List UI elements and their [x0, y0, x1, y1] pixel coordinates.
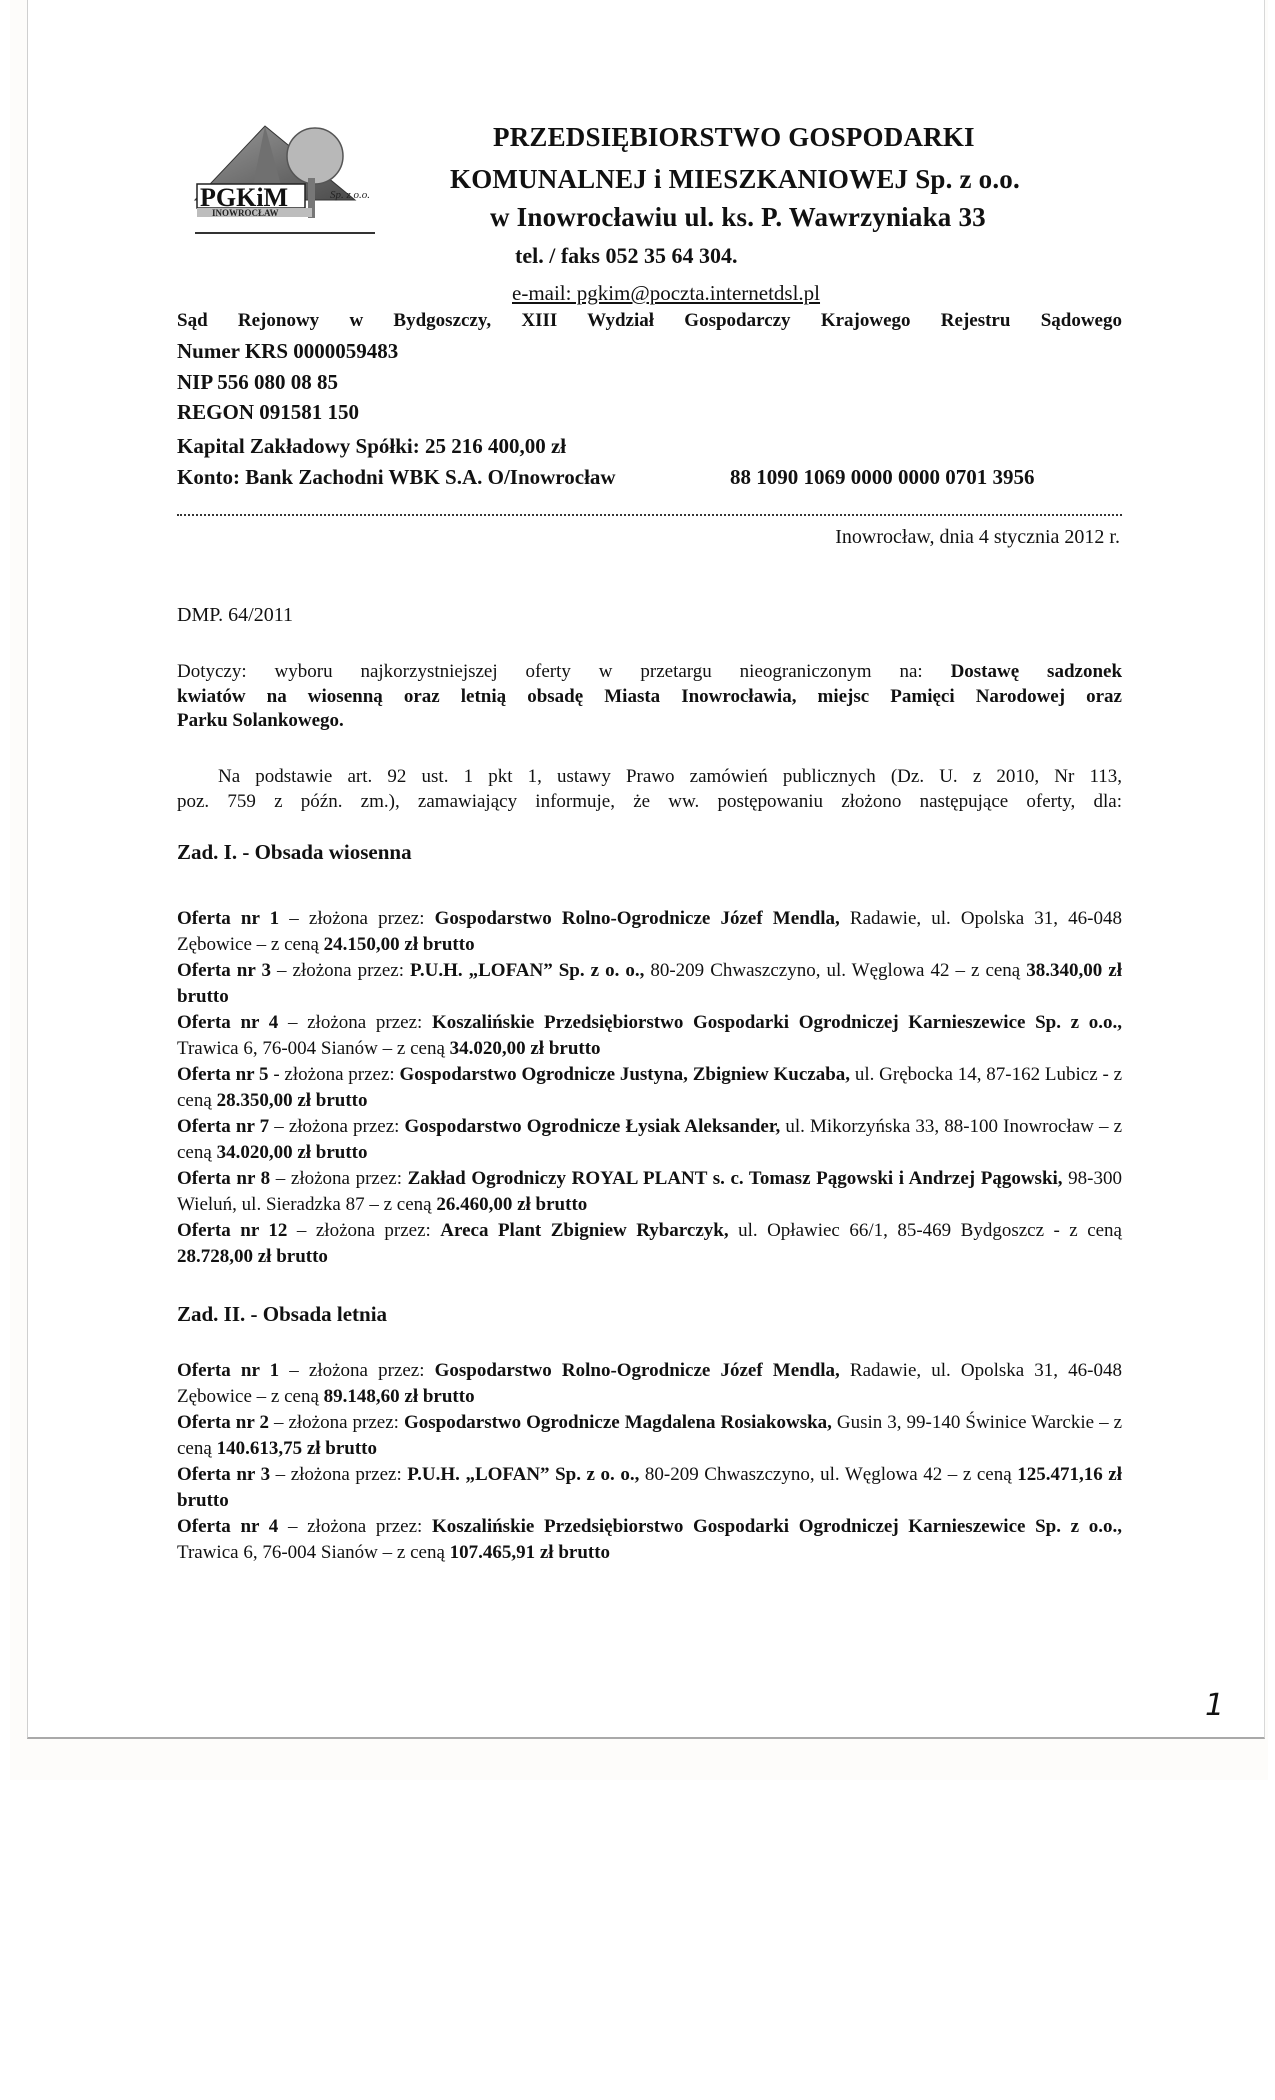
offer-entry: Oferta nr 4 – złożona przez: Koszaliński… [177, 1010, 1122, 1062]
subject-title-part2: kwiatów na wiosenną oraz letnią obsadę M… [177, 686, 1122, 707]
offer-price: 24.150,00 zł brutto [324, 934, 475, 955]
offer-label: Oferta nr 12 [177, 1220, 287, 1241]
offer-bidder: Areca Plant Zbigniew Rybarczyk, [440, 1220, 728, 1241]
intro-text-2: poz. 759 z późn. zm.), zamawiający infor… [177, 791, 1122, 812]
offer-price: 107.465,91 zł brutto [450, 1542, 610, 1563]
offer-bidder: Koszalińskie Przedsiębiorstwo Gospodarki… [432, 1012, 1122, 1033]
offer-bidder: Zakład Ogrodniczy ROYAL PLANT s. c. Toma… [408, 1168, 1063, 1189]
company-name-line1: PRZEDSIĘBIORSTWO GOSPODARKI [493, 122, 975, 153]
dotted-separator [177, 506, 1122, 516]
nip-number: NIP 556 080 08 85 [177, 370, 338, 395]
subject-title-part3: Parku Solankowego. [177, 710, 344, 731]
offer-separator: – złożona przez: [270, 1464, 407, 1485]
offer-entry: Oferta nr 3 – złożona przez: P.U.H. „LOF… [177, 958, 1122, 1010]
offer-address: ul. Opławiec 66/1, 85-469 Bydgoszcz - z … [729, 1220, 1122, 1241]
offer-separator: – złożona przez: [270, 1168, 407, 1189]
offer-bidder: P.U.H. „LOFAN” Sp. z o. o., [407, 1464, 639, 1485]
offer-separator: – złożona przez: [287, 1220, 440, 1241]
section-title-summer: Zad. II. - Obsada letnia [177, 1302, 387, 1327]
offer-label: Oferta nr 2 [177, 1412, 269, 1433]
offer-entry: Oferta nr 7 – złożona przez: Gospodarstw… [177, 1114, 1122, 1166]
offer-label: Oferta nr 8 [177, 1168, 270, 1189]
offer-separator: - złożona przez: [269, 1064, 400, 1085]
offer-label: Oferta nr 5 [177, 1064, 269, 1085]
company-address: w Inowrocławiu ul. ks. P. Wawrzyniaka 33 [490, 202, 986, 233]
company-name-line2: KOMUNALNEJ i MIESZKANIOWEJ Sp. z o.o. [450, 164, 1020, 195]
offer-label: Oferta nr 4 [177, 1516, 278, 1537]
offer-address: 80-209 Chwaszczyno, ul. Węglowa 42 – z c… [644, 960, 1026, 981]
offer-price: 34.020,00 zł brutto [450, 1038, 601, 1059]
offer-entry: Oferta nr 1 – złożona przez: Gospodarstw… [177, 906, 1122, 958]
subject-line1: Dotyczy: wyboru najkorzystniejszej ofert… [177, 660, 1122, 684]
offer-address: Trawica 6, 76-004 Sianów – z ceną [177, 1542, 450, 1563]
offer-entry: Oferta nr 1 – złożona przez: Gospodarstw… [177, 1358, 1122, 1410]
subject-line2: kwiatów na wiosenną oraz letnią obsadę M… [177, 685, 1122, 709]
company-logo: PGKiM INOWROCŁAW Sp. z o.o. [190, 118, 380, 238]
offer-price: 28.728,00 zł brutto [177, 1246, 328, 1267]
logo-legal-form: Sp. z o.o. [330, 189, 370, 201]
offer-label: Oferta nr 1 [177, 908, 279, 929]
subject-title-part1: Dostawę sadzonek [951, 661, 1122, 682]
offer-separator: – złożona przez: [278, 1516, 432, 1537]
intro-text-1: Na podstawie art. 92 ust. 1 pkt 1, ustaw… [218, 766, 1122, 787]
offer-price: 140.613,75 zł brutto [217, 1438, 377, 1459]
offer-entry: Oferta nr 3 – złożona przez: P.U.H. „LOF… [177, 1462, 1122, 1514]
offer-address: Trawica 6, 76-004 Sianów – z ceną [177, 1038, 450, 1059]
subject-line3: Parku Solankowego. [177, 709, 1122, 733]
offer-separator: – złożona przez: [269, 1116, 404, 1137]
offer-separator: – złożona przez: [271, 960, 410, 981]
intro-line1: Na podstawie art. 92 ust. 1 pkt 1, ustaw… [218, 765, 1122, 789]
offer-entry: Oferta nr 8 – złożona przez: Zakład Ogro… [177, 1166, 1122, 1218]
offer-bidder: Gospodarstwo Rolno-Ogrodnicze Józef Mend… [435, 1360, 840, 1381]
offer-price: 28.350,00 zł brutto [217, 1090, 368, 1111]
offer-bidder: Gospodarstwo Ogrodnicze Magdalena Rosiak… [404, 1412, 832, 1433]
offer-label: Oferta nr 7 [177, 1116, 269, 1137]
logo-city: INOWROCŁAW [212, 208, 279, 218]
offer-label: Oferta nr 3 [177, 1464, 270, 1485]
reference-number: DMP. 64/2011 [177, 604, 293, 627]
offer-bidder: Koszalińskie Przedsiębiorstwo Gospodarki… [432, 1516, 1122, 1537]
offer-bidder: Gospodarstwo Ogrodnicze Justyna, Zbignie… [399, 1064, 850, 1085]
offer-label: Oferta nr 1 [177, 1360, 279, 1381]
offer-bidder: Gospodarstwo Ogrodnicze Łysiak Aleksande… [405, 1116, 781, 1137]
offer-label: Oferta nr 3 [177, 960, 271, 981]
bank-account-label: Konto: Bank Zachodni WBK S.A. O/Inowrocł… [177, 465, 616, 490]
company-email-link[interactable]: e-mail: pgkim@poczta.internetdsl.pl [512, 281, 820, 306]
subject-prefix: Dotyczy: wyboru najkorzystniejszej ofert… [177, 661, 923, 682]
offer-price: 34.020,00 zł brutto [217, 1142, 368, 1163]
offer-entry: Oferta nr 2 – złożona przez: Gospodarstw… [177, 1410, 1122, 1462]
offer-separator: – złożona przez: [279, 1360, 434, 1381]
offer-separator: – złożona przez: [269, 1412, 404, 1433]
offer-address: 80-209 Chwaszczyno, ul. Węglowa 42 – z c… [639, 1464, 1017, 1485]
offer-entry: Oferta nr 4 – złożona przez: Koszaliński… [177, 1514, 1122, 1566]
document-date: Inowrocław, dnia 4 stycznia 2012 r. [835, 526, 1120, 549]
offer-price: 89.148,60 zł brutto [324, 1386, 475, 1407]
regon-number: REGON 091581 150 [177, 400, 359, 425]
offer-separator: – złożona przez: [278, 1012, 432, 1033]
offer-entry: Oferta nr 5 - złożona przez: Gospodarstw… [177, 1062, 1122, 1114]
share-capital: Kapital Zakładowy Spółki: 25 216 400,00 … [177, 434, 566, 459]
intro-line2: poz. 759 z późn. zm.), zamawiający infor… [177, 790, 1122, 814]
offer-price: 26.460,00 zł brutto [436, 1194, 587, 1215]
krs-number: Numer KRS 0000059483 [177, 339, 398, 364]
bank-account-number: 88 1090 1069 0000 0000 0701 3956 [730, 465, 1035, 490]
offer-label: Oferta nr 4 [177, 1012, 278, 1033]
page-number: 1 [1205, 1688, 1224, 1723]
company-phone: tel. / faks 052 35 64 304. [515, 243, 737, 269]
section-title-spring: Zad. I. - Obsada wiosenna [177, 840, 412, 865]
offer-separator: – złożona przez: [279, 908, 434, 929]
offer-entry: Oferta nr 12 – złożona przez: Areca Plan… [177, 1218, 1122, 1270]
offer-bidder: Gospodarstwo Rolno-Ogrodnicze Józef Mend… [435, 908, 840, 929]
offer-bidder: P.U.H. „LOFAN” Sp. z o. o., [410, 960, 644, 981]
court-registry: Sąd Rejonowy w Bydgoszczy, XIII Wydział … [177, 309, 1122, 333]
